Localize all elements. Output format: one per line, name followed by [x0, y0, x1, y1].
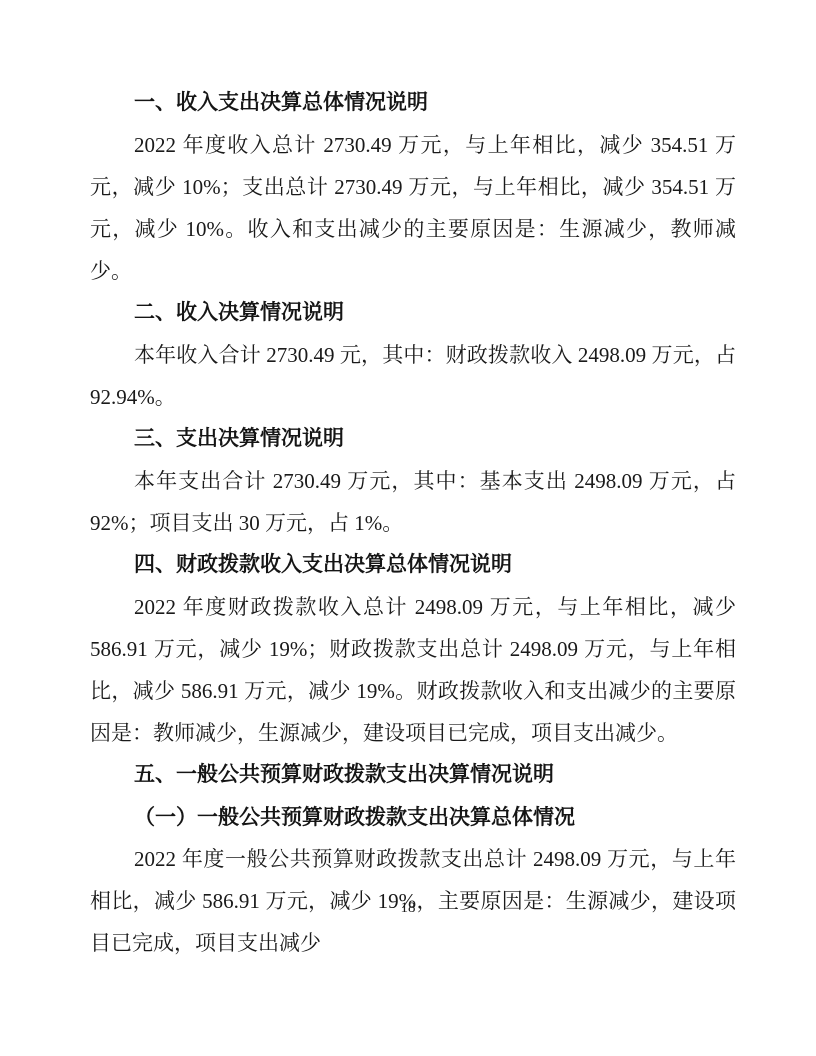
section-2-paragraph: 本年收入合计 2730.49 元，其中：财政拨款收入 2498.09 万元，占 …: [90, 334, 736, 418]
section-3-heading: 三、支出决算情况说明: [90, 418, 736, 460]
page-number: 18: [0, 900, 816, 917]
section-3-paragraph: 本年支出合计 2730.49 万元，其中：基本支出 2498.09 万元，占 9…: [90, 460, 736, 544]
document-page: 一、收入支出决算总体情况说明 2022 年度收入总计 2730.49 万元，与上…: [0, 0, 816, 1056]
section-4-paragraph: 2022 年度财政拨款收入总计 2498.09 万元，与上年相比，减少 586.…: [90, 586, 736, 754]
section-2-heading: 二、收入决算情况说明: [90, 292, 736, 334]
section-1-heading: 一、收入支出决算总体情况说明: [90, 82, 736, 124]
section-5-subheading: （一）一般公共预算财政拨款支出决算总体情况: [90, 796, 736, 838]
section-5-heading: 五、一般公共预算财政拨款支出决算情况说明: [90, 754, 736, 796]
document-content: 一、收入支出决算总体情况说明 2022 年度收入总计 2730.49 万元，与上…: [90, 82, 736, 964]
section-4-heading: 四、财政拨款收入支出决算总体情况说明: [90, 544, 736, 586]
section-1-paragraph: 2022 年度收入总计 2730.49 万元，与上年相比，减少 354.51 万…: [90, 124, 736, 292]
